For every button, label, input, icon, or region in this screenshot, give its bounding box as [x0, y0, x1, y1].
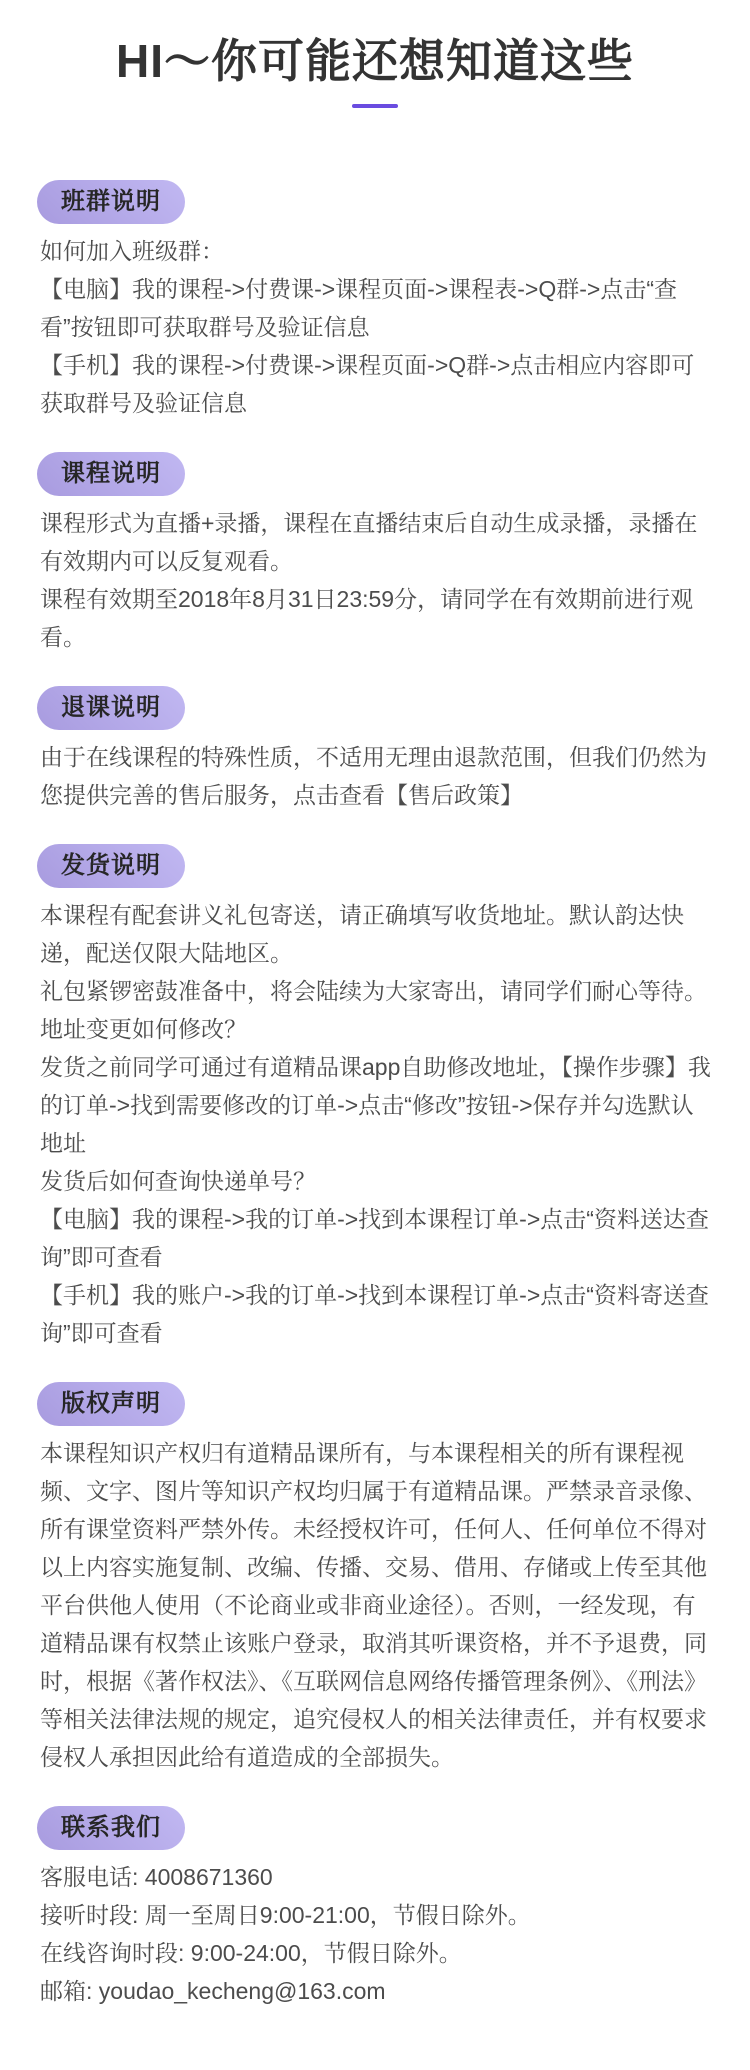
section-paragraph: 客服电话: 4008671360: [40, 1858, 712, 1896]
page-title: HI～你可能还想知道这些: [0, 34, 750, 88]
section-paragraph: 发货之前同学可通过有道精品课app自助修改地址，【操作步骤】我的订单->找到需要…: [40, 1048, 712, 1162]
section-paragraph: 本课程知识产权归有道精品课所有，与本课程相关的所有课程视频、文字、图片等知识产权…: [40, 1434, 712, 1776]
section-refund: 退课说明 由于在线课程的特殊性质，不适用无理由退款范围，但我们仍然为您提供完善的…: [0, 686, 750, 814]
section-paragraph: 如何加入班级群：: [40, 232, 712, 270]
course-info-page: HI～你可能还想知道这些 班群说明 如何加入班级群： 【电脑】我的课程->付费课…: [0, 0, 750, 2070]
section-class-group: 班群说明 如何加入班级群： 【电脑】我的课程->付费课->课程页面->课程表->…: [0, 180, 750, 422]
section-paragraph: 【电脑】我的课程->我的订单->找到本课程订单->点击“资料送达查询”即可查看: [40, 1200, 712, 1276]
section-badge: 联系我们: [37, 1806, 185, 1850]
section-paragraph: 【电脑】我的课程->付费课->课程页面->课程表->Q群->点击“查看”按钮即可…: [40, 270, 712, 346]
section-badge: 班群说明: [37, 180, 185, 224]
section-badge: 版权声明: [37, 1382, 185, 1426]
section-paragraph: 礼包紧锣密鼓准备中，将会陆续为大家寄出，请同学们耐心等待。: [40, 972, 712, 1010]
section-paragraph: 本课程有配套讲义礼包寄送，请正确填写收货地址。默认韵达快递，配送仅限大陆地区。: [40, 896, 712, 972]
section-paragraph: 课程有效期至2018年8月31日23:59分，请同学在有效期前进行观看。: [40, 580, 712, 656]
section-paragraph: 发货后如何查询快递单号？: [40, 1162, 712, 1200]
section-shipping: 发货说明 本课程有配套讲义礼包寄送，请正确填写收货地址。默认韵达快递，配送仅限大…: [0, 844, 750, 1352]
section-paragraph: 课程形式为直播+录播，课程在直播结束后自动生成录播，录播在有效期内可以反复观看。: [40, 504, 712, 580]
page-header: HI～你可能还想知道这些: [0, 0, 750, 108]
section-paragraph: 在线咨询时段: 9:00-24:00，节假日除外。: [40, 1934, 712, 1972]
section-copyright: 版权声明 本课程知识产权归有道精品课所有，与本课程相关的所有课程视频、文字、图片…: [0, 1382, 750, 1776]
section-paragraph: 地址变更如何修改？: [40, 1010, 712, 1048]
section-paragraph: 邮箱: youdao_kecheng@163.com: [40, 1972, 712, 2010]
section-paragraph: 【手机】我的账户->我的订单->找到本课程订单->点击“资料寄送查询”即可查看: [40, 1276, 712, 1352]
title-underline: [352, 104, 398, 108]
section-contact: 联系我们 客服电话: 4008671360 接听时段: 周一至周日9:00-21…: [0, 1806, 750, 2010]
section-paragraph: 【手机】我的课程->付费课->课程页面->Q群->点击相应内容即可获取群号及验证…: [40, 346, 712, 422]
section-badge: 退课说明: [37, 686, 185, 730]
section-badge: 发货说明: [37, 844, 185, 888]
section-course: 课程说明 课程形式为直播+录播，课程在直播结束后自动生成录播，录播在有效期内可以…: [0, 452, 750, 656]
section-badge: 课程说明: [37, 452, 185, 496]
section-paragraph: 接听时段: 周一至周日9:00-21:00，节假日除外。: [40, 1896, 712, 1934]
section-paragraph: 由于在线课程的特殊性质，不适用无理由退款范围，但我们仍然为您提供完善的售后服务，…: [40, 738, 712, 814]
